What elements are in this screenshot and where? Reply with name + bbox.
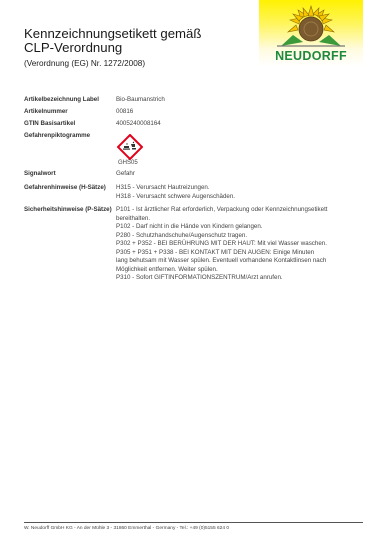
field-label: GTIN Basisartikel — [24, 120, 75, 128]
h-statement: H318 - Verursacht schwere Augenschäden. — [116, 193, 366, 202]
field-value: 00816 — [116, 108, 133, 116]
h-statement: H315 - Verursacht Hautreizungen. — [116, 184, 366, 193]
p-statement: lang behutsam mit Wasser spülen. Eventue… — [116, 257, 366, 266]
p-statement: P280 - Schutzhandschuhe/Augenschutz trag… — [116, 232, 366, 241]
field-label: Artikelbezeichnung Label — [24, 96, 99, 104]
regulation-subtitle: (Verordnung (EG) Nr. 1272/2008) — [24, 59, 145, 68]
p-statement: P305 + P351 + P338 - BEI KONTAKT MIT DEN… — [116, 249, 366, 258]
corrosion-icon — [117, 134, 143, 160]
p-statement: P302 + P352 - BEI BERÜHRUNG MIT DER HAUT… — [116, 240, 366, 249]
field-label: Signalwort — [24, 170, 56, 178]
field-label: Gefahrenpiktogramme — [24, 132, 90, 140]
field-value: Bio-Baumanstrich — [116, 96, 165, 104]
field-label: Gefahrenhinweise (H-Sätze) — [24, 184, 106, 192]
pictogram-code: GHS05 — [118, 160, 138, 166]
field-value: Gefahr — [116, 170, 135, 178]
p-statement: bereithalten. — [116, 215, 366, 224]
footer-address: W. Neudorff GmbH KG - An der Mühle 3 - 3… — [24, 526, 229, 531]
p-statement: P102 - Darf nicht in die Hände von Kinde… — [116, 223, 366, 232]
footer-divider — [24, 522, 363, 523]
p-statement: Möglichkeit entfernen. Weiter spülen. — [116, 266, 366, 275]
title-line-2: CLP-Verordnung — [24, 41, 201, 55]
h-saetze-list: H315 - Verursacht Hautreizungen. H318 - … — [116, 184, 366, 201]
field-value: 4005240008164 — [116, 120, 161, 128]
title-line-1: Kennzeichnungsetikett gemäß — [24, 27, 201, 41]
p-statement: P310 - Sofort GIFTINFORMATIONSZENTRUM/Ar… — [116, 274, 366, 283]
field-label: Sicherheitshinweise (P-Sätze) — [24, 206, 112, 214]
field-label: Artikelnummer — [24, 108, 68, 116]
logo-wordmark: NEUDORFF — [259, 49, 363, 63]
neudorff-logo: NEUDORFF — [259, 0, 363, 66]
sunflower-icon — [259, 0, 363, 50]
page-title: Kennzeichnungsetikett gemäß CLP-Verordnu… — [24, 27, 201, 55]
p-saetze-list: P101 - Ist ärztlicher Rat erforderlich, … — [116, 206, 366, 283]
p-statement: P101 - Ist ärztlicher Rat erforderlich, … — [116, 206, 366, 215]
